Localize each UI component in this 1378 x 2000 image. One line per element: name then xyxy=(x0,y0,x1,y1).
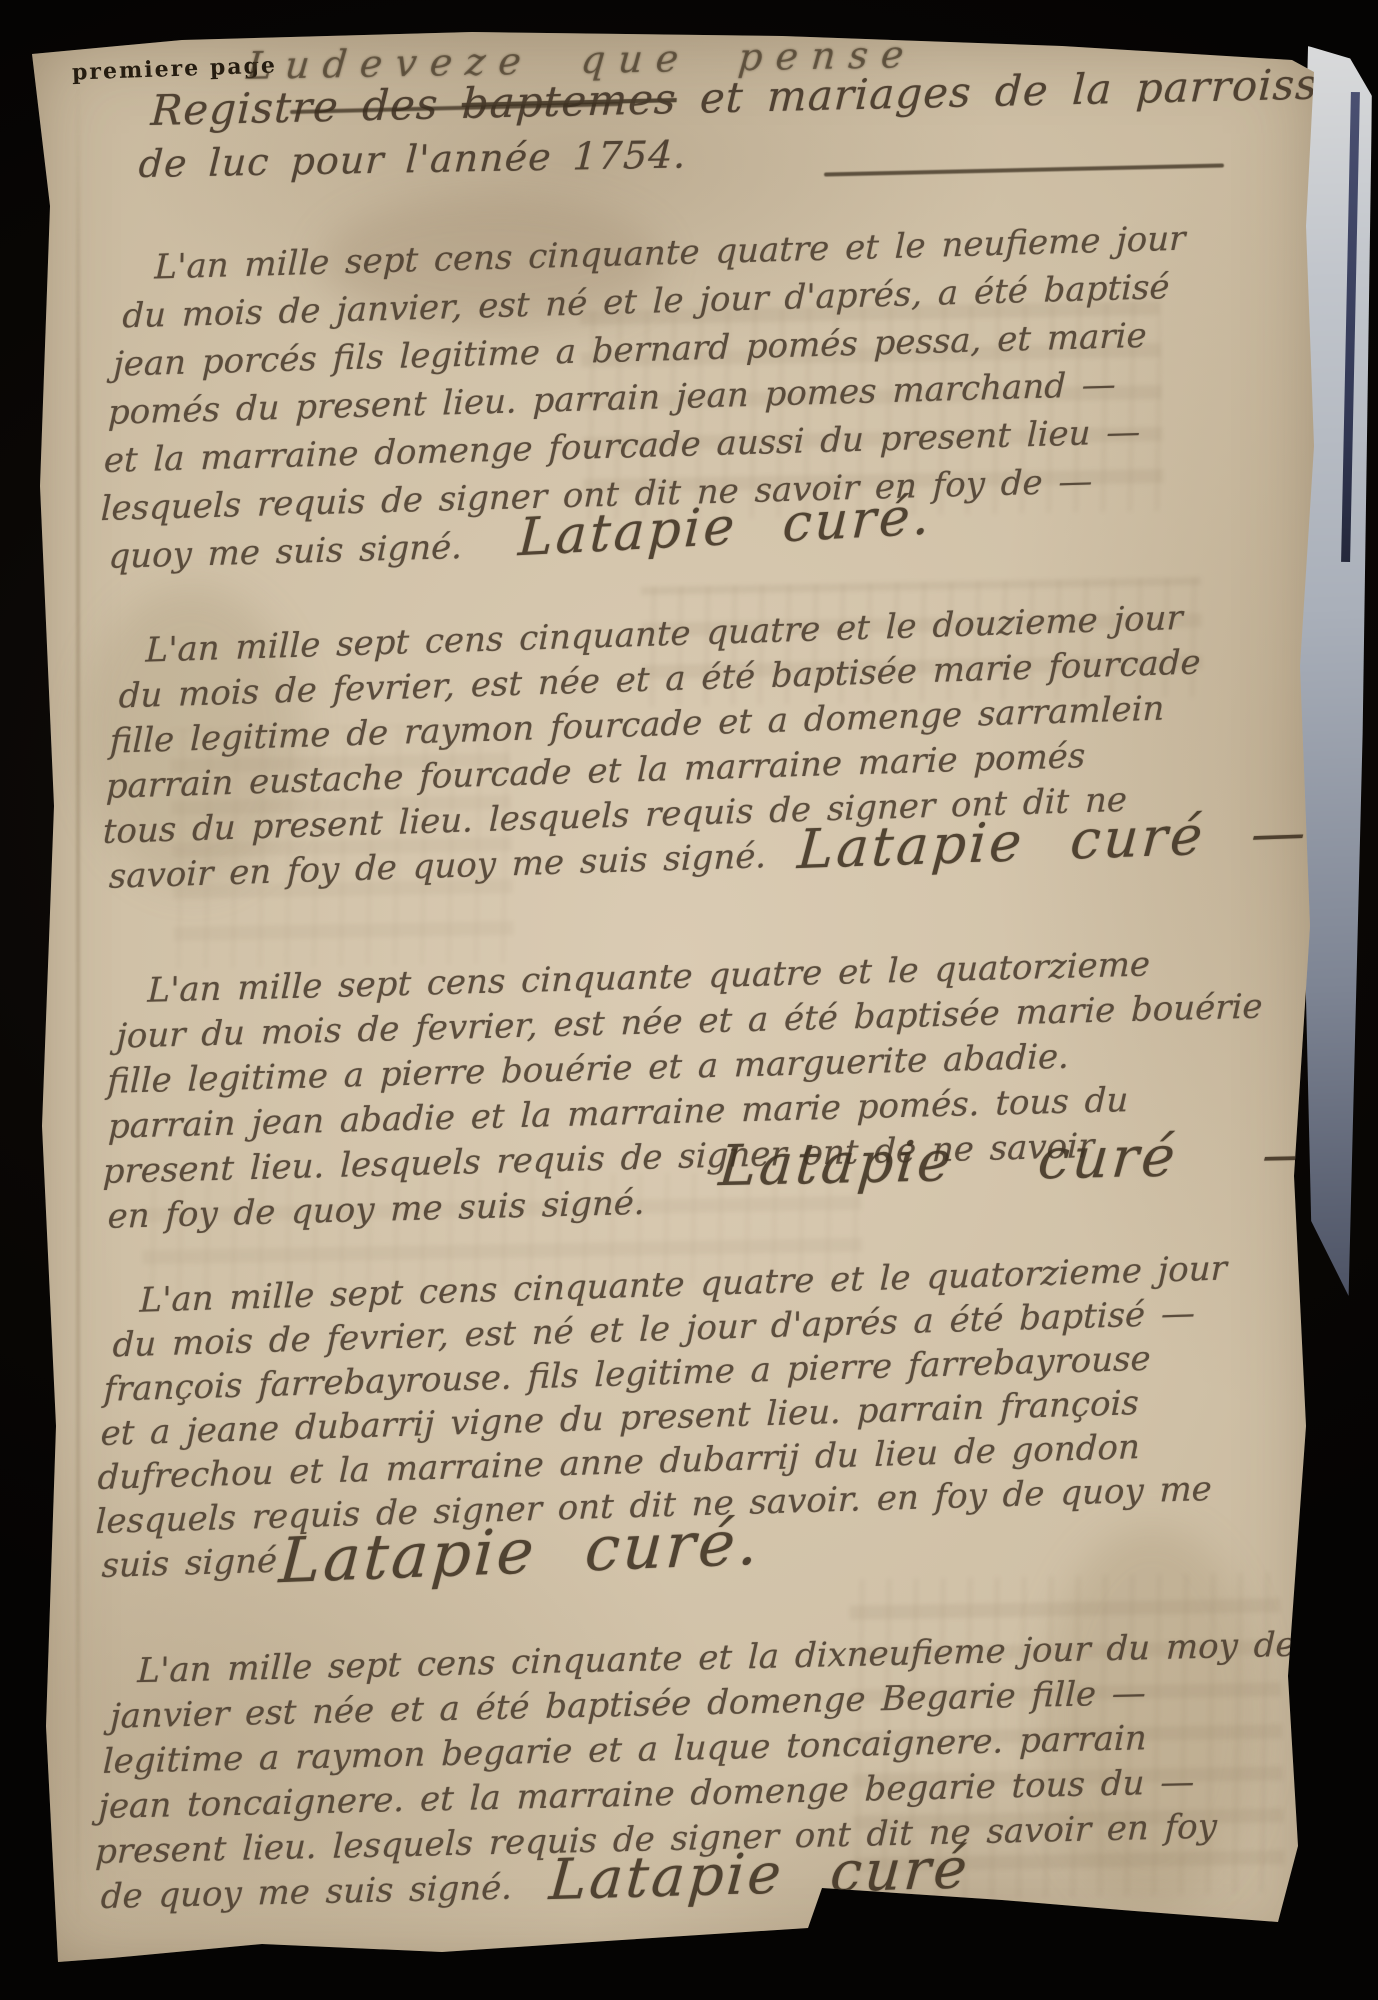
cure-signature: Latapie curé xyxy=(547,1836,972,1913)
manuscript-page: premiere page Ludeveze que pense Registr… xyxy=(22,26,1330,1978)
title-struck-word: baptemes xyxy=(461,74,678,128)
baptism-record-3: L'an mille sept cens cinquante quatre et… xyxy=(93,945,1264,1246)
title-underline xyxy=(824,163,1224,176)
scan-background: premiere page Ludeveze que pense Registr… xyxy=(0,0,1378,2000)
paper-fold-line xyxy=(76,86,80,1926)
cure-signature: Latapie curé — xyxy=(717,1121,1325,1199)
register-title-line2: de luc pour l'année 1754. xyxy=(138,132,688,186)
